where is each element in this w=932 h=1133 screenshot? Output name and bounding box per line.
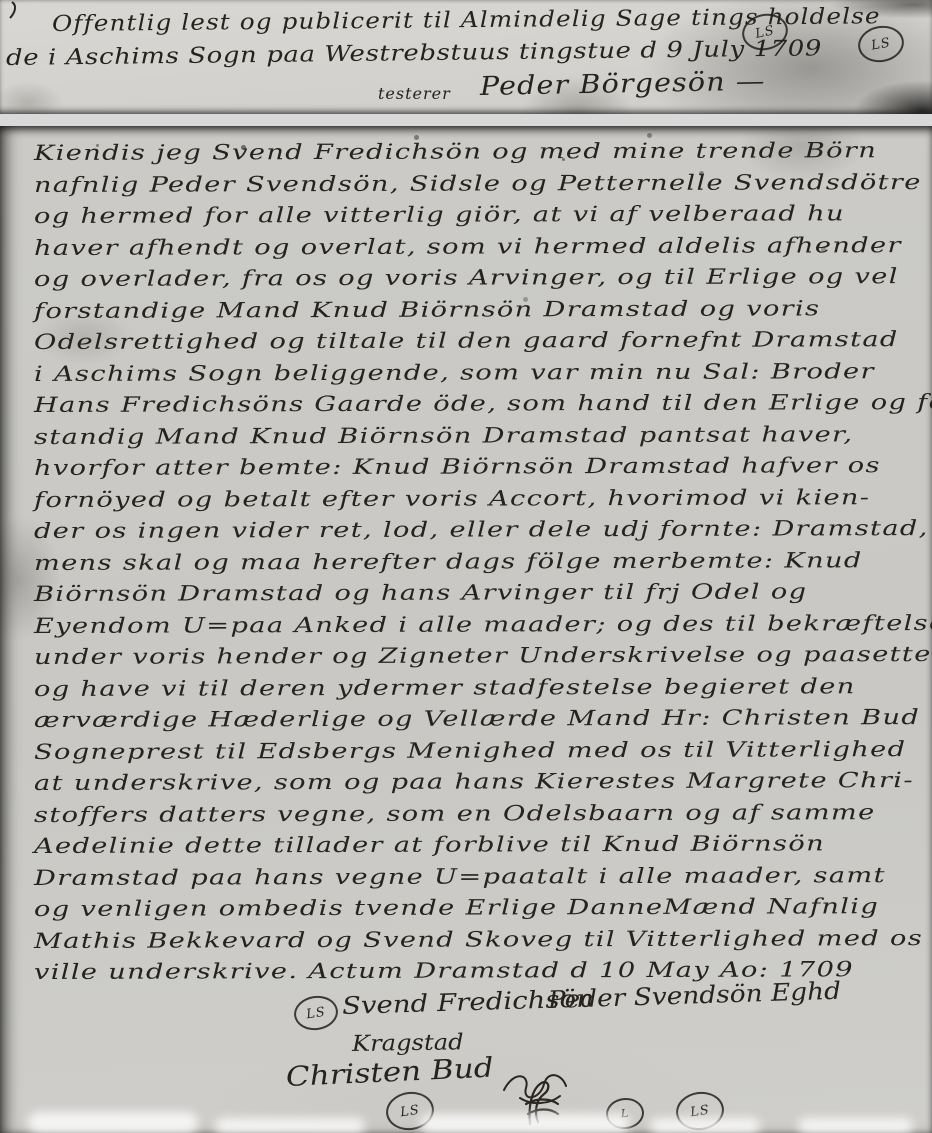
deed-line: fornöyed og betalt efter voris Accort, h… bbox=[34, 481, 932, 516]
deed-body-text: Kiendis jeg Svend Fredichsön og med mine… bbox=[34, 138, 765, 989]
scanner-glare bbox=[650, 1118, 760, 1133]
deed-line: og overlader, fra os og voris Arvinger, … bbox=[34, 261, 932, 296]
deed-line: hvorfor atter bemte: Knud Biörnsön Drams… bbox=[34, 450, 932, 485]
deed-line: der os ingen vider ret, lod, eller dele … bbox=[34, 513, 932, 548]
wax-seal-mark-icon: LS bbox=[292, 993, 340, 1033]
deed-line: og have vi til deren ydermer stadfestels… bbox=[34, 670, 932, 705]
deed-line: under voris hender og Zigneter Underskri… bbox=[34, 639, 932, 674]
deed-line: nafnlig Peder Svendsön, Sidsle og Petter… bbox=[34, 166, 932, 201]
deed-line: Mathis Bekkevard og Svend Skoveg til Vit… bbox=[34, 922, 932, 957]
scanner-glare bbox=[420, 1114, 630, 1133]
deed-line: Kiendis jeg Svend Fredichsön og med mine… bbox=[34, 135, 932, 170]
deed-line: Biörnsön Dramstad og hans Arvinger til f… bbox=[34, 576, 932, 611]
attestation-word: testerer bbox=[378, 84, 451, 103]
seal-label: LS bbox=[754, 23, 776, 42]
deed-line: Aedelinie dette tillader at forblive til… bbox=[34, 828, 932, 863]
attestation-signature: Peder Börgesön — bbox=[480, 67, 766, 102]
signature-place: Kragstad bbox=[352, 1030, 464, 1057]
signature-christen-bud: Christen Bud bbox=[285, 1053, 494, 1093]
ink-specks bbox=[0, 126, 3, 129]
scanner-glare bbox=[28, 1112, 198, 1133]
deed-line: standig Mand Knud Biörnsön Dramstad pant… bbox=[34, 418, 932, 453]
deed-line: Dramstad paa hans vegne U=paatalt i alle… bbox=[34, 859, 932, 894]
deed-line: i Aschims Sogn beliggende, som var min n… bbox=[34, 355, 932, 390]
note-line-2: de i Aschims Sogn paa Westrebstuus tings… bbox=[6, 36, 822, 71]
deed-line: mens skal og maa herefter dags fölge mer… bbox=[34, 544, 932, 579]
seal-label: LS bbox=[870, 35, 892, 53]
deed-line: stoffers datters vegne, som en Odelsbaar… bbox=[34, 796, 932, 831]
manuscript-scan: Offentlig lest og publicerit til Alminde… bbox=[0, 0, 932, 1133]
deed-line: og hermed for alle vitterlig giör, at vi… bbox=[34, 198, 932, 233]
deed-line: og venligen ombedis tvende Erlige DanneM… bbox=[34, 891, 932, 926]
pen-mark-icon bbox=[4, 0, 38, 26]
deed-line: ærværdige Hæderlige og Vellærde Mand Hr:… bbox=[34, 702, 932, 737]
archival-note-slip: Offentlig lest og publicerit til Alminde… bbox=[0, 0, 932, 114]
deed-line: haver afhendt og overlat, som vi hermed … bbox=[34, 229, 932, 264]
seal-label: LS bbox=[399, 1102, 420, 1120]
deed-line: Eyendom U=paa Anked i alle maader; og de… bbox=[34, 607, 932, 642]
deed-line: at underskrive, som og paa hans Kiereste… bbox=[34, 765, 932, 800]
seal-label: LS bbox=[305, 1004, 326, 1022]
deed-line: forstandige Mand Knud Biörnsön Dramstad … bbox=[34, 292, 932, 327]
scanner-glare bbox=[215, 1118, 365, 1133]
scanner-glare bbox=[798, 1118, 913, 1133]
deed-line: Odelsrettighed og tiltale til den gaard … bbox=[34, 324, 932, 359]
deed-line: Sogneprest til Edsbergs Menighed med os … bbox=[34, 733, 932, 768]
deed-page: Kiendis jeg Svend Fredichsön og med mine… bbox=[0, 126, 932, 1133]
deed-line: Hans Fredichsöns Gaarde öde, som hand ti… bbox=[34, 387, 932, 422]
